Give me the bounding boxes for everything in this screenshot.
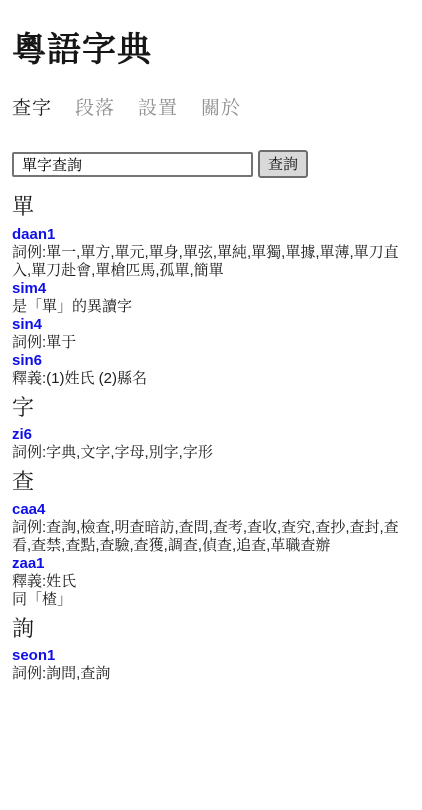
- entry-line: 詞例:詢問,查詢: [12, 665, 410, 683]
- entry-line: 詞例:字典,文字,字母,別字,字形: [12, 444, 410, 462]
- app-root: 粵語字典 查字 段落 設置 關於 查詢 單 daan1 詞例:單一,單方,單元,…: [0, 0, 422, 810]
- entry-line: 詞例:查詢,檢查,明查暗訪,查問,查考,查收,查究,查抄,查封,查看,查禁,查點…: [12, 519, 410, 555]
- entry-line: 是「單」的異讀字: [12, 298, 410, 316]
- entry-line: 同「楂」: [12, 591, 410, 609]
- entry-char: 單: [12, 194, 410, 220]
- search-results: 單 daan1 詞例:單一,單方,單元,單身,單弦,單純,單獨,單據,單薄,單刀…: [12, 194, 410, 683]
- tab-lookup-char[interactable]: 查字: [12, 97, 52, 122]
- pronunciation-link[interactable]: sin4: [12, 316, 410, 334]
- entry-line: 釋義:(1)姓氏 (2)縣名: [12, 370, 410, 388]
- search-input[interactable]: [12, 152, 253, 177]
- pronunciation-link[interactable]: zaa1: [12, 555, 410, 573]
- pronunciation-link[interactable]: caa4: [12, 501, 410, 519]
- tab-settings[interactable]: 設置: [138, 97, 178, 122]
- app-title: 粵語字典: [12, 30, 410, 71]
- entry-line: 釋義:姓氏: [12, 573, 410, 591]
- dict-entry: 詢 seon1 詞例:詢問,查詢: [12, 616, 410, 683]
- pronunciation-link[interactable]: sin6: [12, 352, 410, 370]
- search-row: 查詢: [12, 150, 410, 178]
- pronunciation-link[interactable]: zi6: [12, 426, 410, 444]
- entry-line: 詞例:單于: [12, 334, 410, 352]
- entry-char: 字: [12, 395, 410, 421]
- dict-entry: 查 caa4 詞例:查詢,檢查,明查暗訪,查問,查考,查收,查究,查抄,查封,查…: [12, 469, 410, 608]
- dict-entry: 字 zi6 詞例:字典,文字,字母,別字,字形: [12, 395, 410, 462]
- tab-about[interactable]: 關於: [201, 97, 241, 122]
- search-button[interactable]: 查詢: [258, 150, 308, 178]
- nav-tabs: 查字 段落 設置 關於: [12, 97, 410, 122]
- pronunciation-link[interactable]: seon1: [12, 647, 410, 665]
- dict-entry: 單 daan1 詞例:單一,單方,單元,單身,單弦,單純,單獨,單據,單薄,單刀…: [12, 194, 410, 387]
- entry-line: 詞例:單一,單方,單元,單身,單弦,單純,單獨,單據,單薄,單刀直入,單刀赴會,…: [12, 244, 410, 280]
- pronunciation-link[interactable]: daan1: [12, 226, 410, 244]
- tab-paragraph[interactable]: 段落: [75, 97, 115, 122]
- entry-char: 查: [12, 469, 410, 495]
- pronunciation-link[interactable]: sim4: [12, 280, 410, 298]
- entry-char: 詢: [12, 616, 410, 642]
